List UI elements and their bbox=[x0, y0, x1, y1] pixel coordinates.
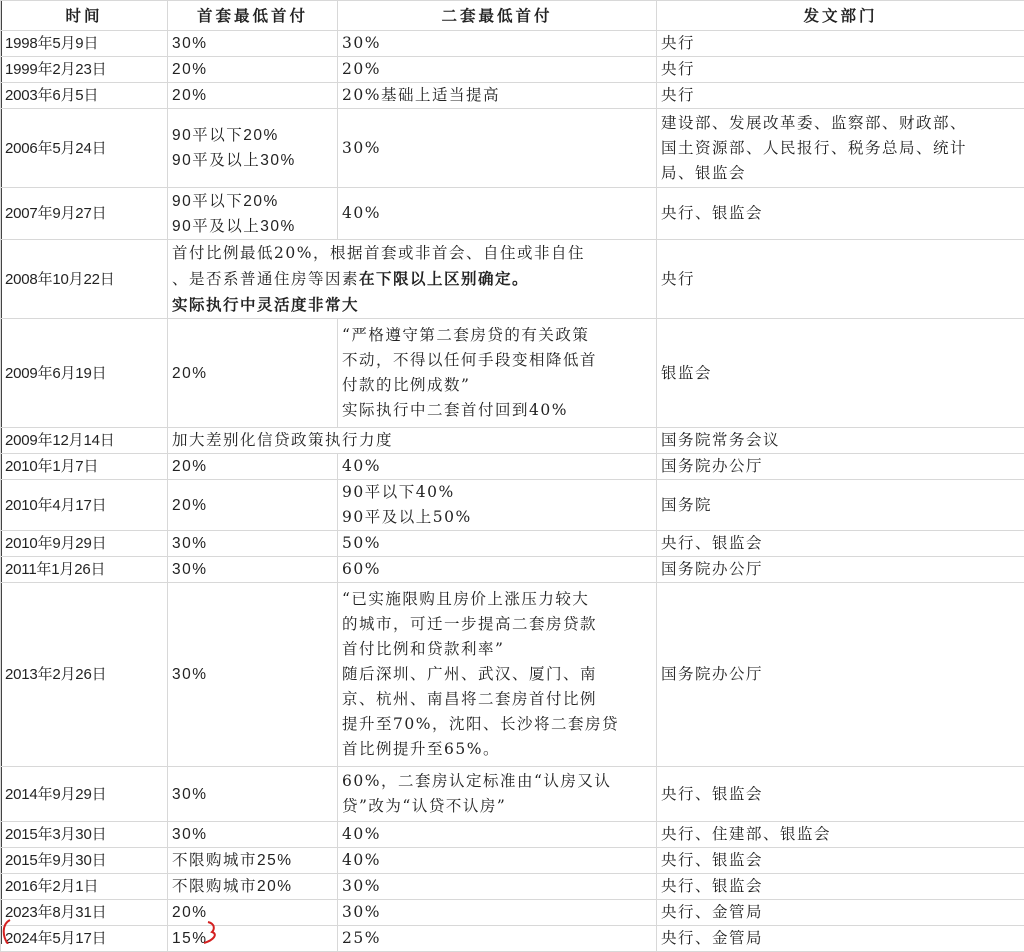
cell-department: 央行、银监会 bbox=[657, 767, 1024, 822]
cell-line: 30% bbox=[172, 662, 333, 687]
cell-second-home: 40% bbox=[338, 188, 657, 240]
cell-first-home: 30% bbox=[168, 822, 338, 848]
cell-text-bold: 在下限以上区别确定。 bbox=[359, 269, 529, 288]
cell-second-home: 20% bbox=[338, 57, 657, 83]
cell-line: 央行 bbox=[661, 31, 1020, 56]
cell-date: 2010年9月29日 bbox=[1, 531, 168, 557]
cell-merged-policy: 首付比例最低20%，根据首套或非首会、自住或非自住、是否系普通住房等因素在下限以… bbox=[168, 240, 657, 319]
cell-first-home: 30% bbox=[168, 31, 338, 57]
table-row: 2016年2月1日不限购城市20%30%央行、银监会 bbox=[1, 874, 1024, 900]
cell-line: 40% bbox=[342, 201, 652, 226]
table-row: 2006年5月24日90平以下20%90平及以上30%30%建设部、发展改革委、… bbox=[1, 109, 1024, 188]
table-row: 2015年9月30日不限购城市25%40%央行、银监会 bbox=[1, 848, 1024, 874]
cell-date: 2010年1月7日 bbox=[1, 454, 168, 480]
cell-second-home: 20%基础上适当提高 bbox=[338, 83, 657, 109]
cell-department: 银监会 bbox=[657, 319, 1024, 428]
cell-line: 90平及以上30% bbox=[172, 214, 333, 239]
cell-line: 建设部、发展改革委、监察部、财政部、 bbox=[661, 111, 1020, 136]
cell-first-home: 30% bbox=[168, 767, 338, 822]
cell-date: 2007年9月27日 bbox=[1, 188, 168, 240]
cell-first-home: 不限购城市25% bbox=[168, 848, 338, 874]
cell-line: 的城市，可迁一步提高二套房贷款 bbox=[342, 612, 652, 637]
cell-line: 90平以下40% bbox=[342, 480, 652, 505]
cell-department: 央行 bbox=[657, 83, 1024, 109]
cell-line: 不动，不得以任何手段变相降低首 bbox=[342, 348, 652, 373]
table-row: 2010年9月29日30%50%央行、银监会 bbox=[1, 531, 1024, 557]
cell-department: 央行、金管局 bbox=[657, 926, 1024, 945]
cell-line: 30% bbox=[172, 531, 333, 556]
cell-first-home: 30% bbox=[168, 557, 338, 583]
table-row: 2010年1月7日20%40%国务院办公厅 bbox=[1, 454, 1024, 480]
cell-line: 、是否系普通住房等因素在下限以上区别确定。 bbox=[172, 266, 652, 292]
cell-date: 2024年5月17日 bbox=[1, 926, 168, 945]
cell-line: 20% bbox=[342, 57, 652, 82]
table-row: 1998年5月9日30%30%央行 bbox=[1, 31, 1024, 57]
cell-line: 不限购城市25% bbox=[172, 848, 333, 873]
cell-date: 2006年5月24日 bbox=[1, 109, 168, 188]
cell-second-home: 60% bbox=[338, 557, 657, 583]
header-department: 发文部门 bbox=[657, 1, 1024, 31]
cell-second-home: 60%，二套房认定标准由“认房又认贷”改为“认贷不认房” bbox=[338, 767, 657, 822]
cell-line: 20% bbox=[172, 454, 333, 479]
cell-line: 实际执行中二套首付回到40% bbox=[342, 398, 652, 423]
cell-line: “已实施限购且房价上涨压力较大 bbox=[342, 587, 652, 612]
cell-department: 国务院办公厅 bbox=[657, 583, 1024, 767]
table-row: 2008年10月22日首付比例最低20%，根据首套或非首会、自住或非自住、是否系… bbox=[1, 240, 1024, 319]
cell-date: 2016年2月1日 bbox=[1, 874, 168, 900]
cell-merged-policy: 加大差别化信贷政策执行力度 bbox=[168, 428, 657, 454]
table-row: 2023年8月31日20%30%央行、金管局 bbox=[1, 900, 1024, 926]
cell-line: 京、杭州、南昌将二套房首付比例 bbox=[342, 687, 652, 712]
table-row: 2011年1月26日30%60%国务院办公厅 bbox=[1, 557, 1024, 583]
cell-second-home: “严格遵守第二套房贷的有关政策不动，不得以任何手段变相降低首付款的比例成数”实际… bbox=[338, 319, 657, 428]
cell-line: 90平以下20% bbox=[172, 123, 333, 148]
cell-line: 90平及以上30% bbox=[172, 148, 333, 173]
cell-department: 国务院常务会议 bbox=[657, 428, 1024, 454]
cell-line: 央行、银监会 bbox=[661, 201, 1020, 226]
table-row: 2007年9月27日90平以下20%90平及以上30%40%央行、银监会 bbox=[1, 188, 1024, 240]
cell-line: 首付比例最低20%，根据首套或非首会、自住或非自住 bbox=[172, 241, 652, 266]
down-payment-policy-table: 时间 首套最低首付 二套最低首付 发文部门 1998年5月9日30%30%央行1… bbox=[0, 0, 1024, 944]
cell-first-home: 20% bbox=[168, 480, 338, 531]
header-first-home: 首套最低首付 bbox=[168, 1, 338, 31]
cell-line: 首比例提升至65%。 bbox=[342, 737, 652, 762]
cell-line: 央行、金管局 bbox=[661, 900, 1020, 925]
cell-department: 央行、银监会 bbox=[657, 188, 1024, 240]
cell-line: 30% bbox=[172, 782, 333, 807]
cell-line: 国务院办公厅 bbox=[661, 662, 1020, 687]
cell-line: 随后深圳、广州、武汉、厦门、南 bbox=[342, 662, 652, 687]
cell-line: 30% bbox=[342, 31, 652, 56]
cell-department: 央行 bbox=[657, 31, 1024, 57]
cell-department: 央行 bbox=[657, 240, 1024, 319]
cell-second-home: 50% bbox=[338, 531, 657, 557]
cell-line: 加大差别化信贷政策执行力度 bbox=[172, 428, 652, 453]
cell-date: 2015年9月30日 bbox=[1, 848, 168, 874]
cell-second-home: 30% bbox=[338, 31, 657, 57]
cell-line: 国务院 bbox=[661, 493, 1020, 518]
header-second-home: 二套最低首付 bbox=[338, 1, 657, 31]
cell-date: 1999年2月23日 bbox=[1, 57, 168, 83]
cell-line-bold: 实际执行中灵活度非常大 bbox=[172, 292, 652, 317]
table-row: 2015年3月30日30%40%央行、住建部、银监会 bbox=[1, 822, 1024, 848]
cell-line: 贷”改为“认贷不认房” bbox=[342, 794, 652, 819]
cell-line: 25% bbox=[342, 926, 652, 944]
cell-line: 90平以下20% bbox=[172, 189, 333, 214]
cell-line: 15% bbox=[172, 926, 333, 944]
cell-first-home: 30% bbox=[168, 583, 338, 767]
cell-line: 20% bbox=[172, 83, 333, 108]
cell-first-home: 30% bbox=[168, 531, 338, 557]
cell-department: 央行 bbox=[657, 57, 1024, 83]
cell-line: 90平及以上50% bbox=[342, 505, 652, 530]
cell-line: 央行 bbox=[661, 267, 1020, 292]
cell-line: 局、银监会 bbox=[661, 161, 1020, 186]
table-row: 2010年4月17日20%90平以下40%90平及以上50%国务院 bbox=[1, 480, 1024, 531]
cell-date: 2013年2月26日 bbox=[1, 583, 168, 767]
cell-date: 1998年5月9日 bbox=[1, 31, 168, 57]
cell-line: 30% bbox=[172, 822, 333, 847]
cell-first-home: 15% bbox=[168, 926, 338, 945]
table-row: 2024年5月17日15%25%央行、金管局 bbox=[1, 926, 1024, 945]
cell-line: 30% bbox=[172, 31, 333, 56]
cell-department: 央行、银监会 bbox=[657, 874, 1024, 900]
table-row: 1999年2月23日20%20%央行 bbox=[1, 57, 1024, 83]
cell-line: 60% bbox=[342, 557, 652, 582]
cell-line: 央行、银监会 bbox=[661, 874, 1020, 899]
cell-line: 国务院办公厅 bbox=[661, 557, 1020, 582]
cell-date: 2023年8月31日 bbox=[1, 900, 168, 926]
cell-line: 不限购城市20% bbox=[172, 874, 333, 899]
cell-date: 2011年1月26日 bbox=[1, 557, 168, 583]
cell-first-home: 20% bbox=[168, 57, 338, 83]
cell-line: 央行、银监会 bbox=[661, 782, 1020, 807]
cell-department: 国务院办公厅 bbox=[657, 557, 1024, 583]
cell-line: 央行、银监会 bbox=[661, 531, 1020, 556]
cell-line: 40% bbox=[342, 822, 652, 847]
cell-date: 2014年9月29日 bbox=[1, 767, 168, 822]
cell-department: 央行、金管局 bbox=[657, 900, 1024, 926]
cell-line: “严格遵守第二套房贷的有关政策 bbox=[342, 323, 652, 348]
cell-first-home: 20% bbox=[168, 83, 338, 109]
cell-second-home: 25% bbox=[338, 926, 657, 945]
cell-line: 30% bbox=[172, 557, 333, 582]
cell-first-home: 90平以下20%90平及以上30% bbox=[168, 188, 338, 240]
cell-line: 央行 bbox=[661, 83, 1020, 108]
cell-date: 2009年12月14日 bbox=[1, 428, 168, 454]
cell-first-home: 20% bbox=[168, 454, 338, 480]
cell-second-home: 40% bbox=[338, 848, 657, 874]
header-row: 时间 首套最低首付 二套最低首付 发文部门 bbox=[1, 1, 1024, 31]
cell-date: 2003年6月5日 bbox=[1, 83, 168, 109]
table-row: 2013年2月26日30%“已实施限购且房价上涨压力较大的城市，可迁一步提高二套… bbox=[1, 583, 1024, 767]
cell-line: 20% bbox=[172, 900, 333, 925]
table-row: 2014年9月29日30%60%，二套房认定标准由“认房又认贷”改为“认贷不认房… bbox=[1, 767, 1024, 822]
cell-department: 央行、银监会 bbox=[657, 848, 1024, 874]
cell-line: 30% bbox=[342, 900, 652, 925]
cell-date: 2015年3月30日 bbox=[1, 822, 168, 848]
cell-line: 40% bbox=[342, 454, 652, 479]
cell-line: 60%，二套房认定标准由“认房又认 bbox=[342, 769, 652, 794]
cell-department: 国务院办公厅 bbox=[657, 454, 1024, 480]
cell-line: 付款的比例成数” bbox=[342, 373, 652, 398]
cell-department: 央行、住建部、银监会 bbox=[657, 822, 1024, 848]
cell-second-home: 30% bbox=[338, 900, 657, 926]
table-row: 2009年6月19日20%“严格遵守第二套房贷的有关政策不动，不得以任何手段变相… bbox=[1, 319, 1024, 428]
cell-second-home: 40% bbox=[338, 822, 657, 848]
cell-second-home: 90平以下40%90平及以上50% bbox=[338, 480, 657, 531]
cell-second-home: 30% bbox=[338, 109, 657, 188]
cell-line: 40% bbox=[342, 848, 652, 873]
cell-line: 央行、银监会 bbox=[661, 848, 1020, 873]
table-row: 2009年12月14日加大差别化信贷政策执行力度国务院常务会议 bbox=[1, 428, 1024, 454]
cell-line: 银监会 bbox=[661, 361, 1020, 386]
cell-department: 国务院 bbox=[657, 480, 1024, 531]
cell-line: 30% bbox=[342, 874, 652, 899]
cell-date: 2008年10月22日 bbox=[1, 240, 168, 319]
cell-line: 央行、住建部、银监会 bbox=[661, 822, 1020, 847]
cell-line: 首付比例和贷款利率” bbox=[342, 637, 652, 662]
cell-text: 、是否系普通住房等因素 bbox=[172, 270, 359, 288]
cell-line: 提升至70%，沈阳、长沙将二套房贷 bbox=[342, 712, 652, 737]
cell-first-home: 不限购城市20% bbox=[168, 874, 338, 900]
cell-line: 20% bbox=[172, 361, 333, 386]
cell-department: 建设部、发展改革委、监察部、财政部、国土资源部、人民报行、税务总局、统计局、银监… bbox=[657, 109, 1024, 188]
cell-line: 30% bbox=[342, 136, 652, 161]
cell-line: 国土资源部、人民报行、税务总局、统计 bbox=[661, 136, 1020, 161]
cell-first-home: 90平以下20%90平及以上30% bbox=[168, 109, 338, 188]
cell-first-home: 20% bbox=[168, 319, 338, 428]
cell-line: 央行 bbox=[661, 57, 1020, 82]
cell-date: 2009年6月19日 bbox=[1, 319, 168, 428]
cell-line: 20% bbox=[172, 57, 333, 82]
cell-line: 20% bbox=[172, 493, 333, 518]
cell-line: 50% bbox=[342, 531, 652, 556]
cell-second-home: “已实施限购且房价上涨压力较大的城市，可迁一步提高二套房贷款首付比例和贷款利率”… bbox=[338, 583, 657, 767]
cell-first-home: 20% bbox=[168, 900, 338, 926]
cell-line: 国务院办公厅 bbox=[661, 454, 1020, 479]
cell-line: 20%基础上适当提高 bbox=[342, 83, 652, 108]
cell-department: 央行、银监会 bbox=[657, 531, 1024, 557]
table-row: 2003年6月5日20%20%基础上适当提高央行 bbox=[1, 83, 1024, 109]
header-date: 时间 bbox=[1, 1, 168, 31]
cell-second-home: 30% bbox=[338, 874, 657, 900]
cell-line: 国务院常务会议 bbox=[661, 428, 1020, 453]
cell-date: 2010年4月17日 bbox=[1, 480, 168, 531]
cell-line: 央行、金管局 bbox=[661, 926, 1020, 944]
cell-second-home: 40% bbox=[338, 454, 657, 480]
